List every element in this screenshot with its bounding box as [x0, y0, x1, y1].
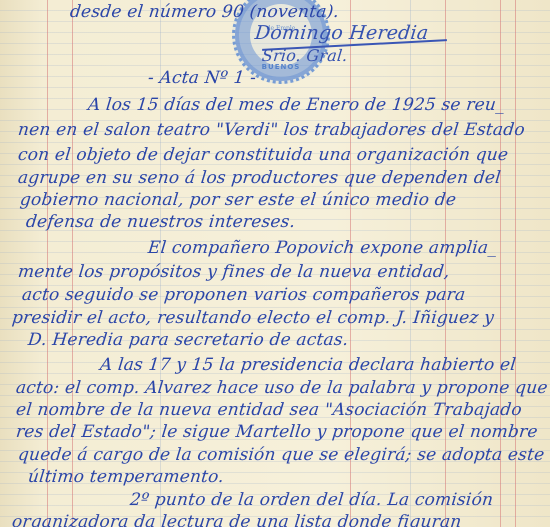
- handwritten-line: acto: el comp. Alvarez hace uso de la pa…: [15, 378, 549, 398]
- handwritten-line: acto seguido se proponen varios compañer…: [21, 285, 466, 305]
- handwritten-line: el nombre de la nueva entidad sea "Asoci…: [15, 400, 523, 420]
- handwritten-line: nen en el salon teatro "Verdi" los traba…: [17, 120, 526, 140]
- signature-title: Srio. Gral.: [261, 46, 349, 65]
- handwritten-line: A las 17 y 15 la presidencia declara hab…: [99, 355, 517, 375]
- handwritten-line: desde el número 90 (noventa).: [69, 2, 340, 22]
- handwritten-line: último temperamento.: [27, 467, 225, 487]
- handwritten-line: gobierno nacional, por ser este el único…: [19, 190, 457, 210]
- handwritten-line: con el objeto de dejar constituida una o…: [17, 145, 509, 165]
- handwritten-line: quede á cargo de la comisión que se eleg…: [17, 445, 545, 465]
- handwritten-line: A los 15 días del mes de Enero de 1925 s…: [87, 95, 506, 115]
- handwritten-line: defensa de nuestros intereses.: [25, 212, 296, 232]
- handwritten-line: mente los propósitos y fines de la nueva…: [17, 262, 451, 282]
- handwritten-line: presidir el acto, resultando electo el c…: [11, 308, 495, 328]
- handwritten-line: El compañero Popovich expone amplia_: [147, 238, 498, 258]
- handwritten-line: organizadora da lectura de una lista don…: [11, 512, 463, 527]
- handwritten-line: D. Heredia para secretario de actas.: [27, 330, 350, 350]
- handwritten-line: 2º punto de la orden del día. La comisió…: [129, 490, 494, 510]
- ledger-page: de Emple BUENOS desde el número 90 (nove…: [0, 0, 550, 527]
- minutes-heading: - Acta Nº 1 -: [147, 68, 257, 88]
- handwritten-line: res del Estado"; le sigue Martello y pro…: [15, 422, 539, 442]
- handwritten-line: agrupe en su seno á los productores que …: [17, 168, 502, 188]
